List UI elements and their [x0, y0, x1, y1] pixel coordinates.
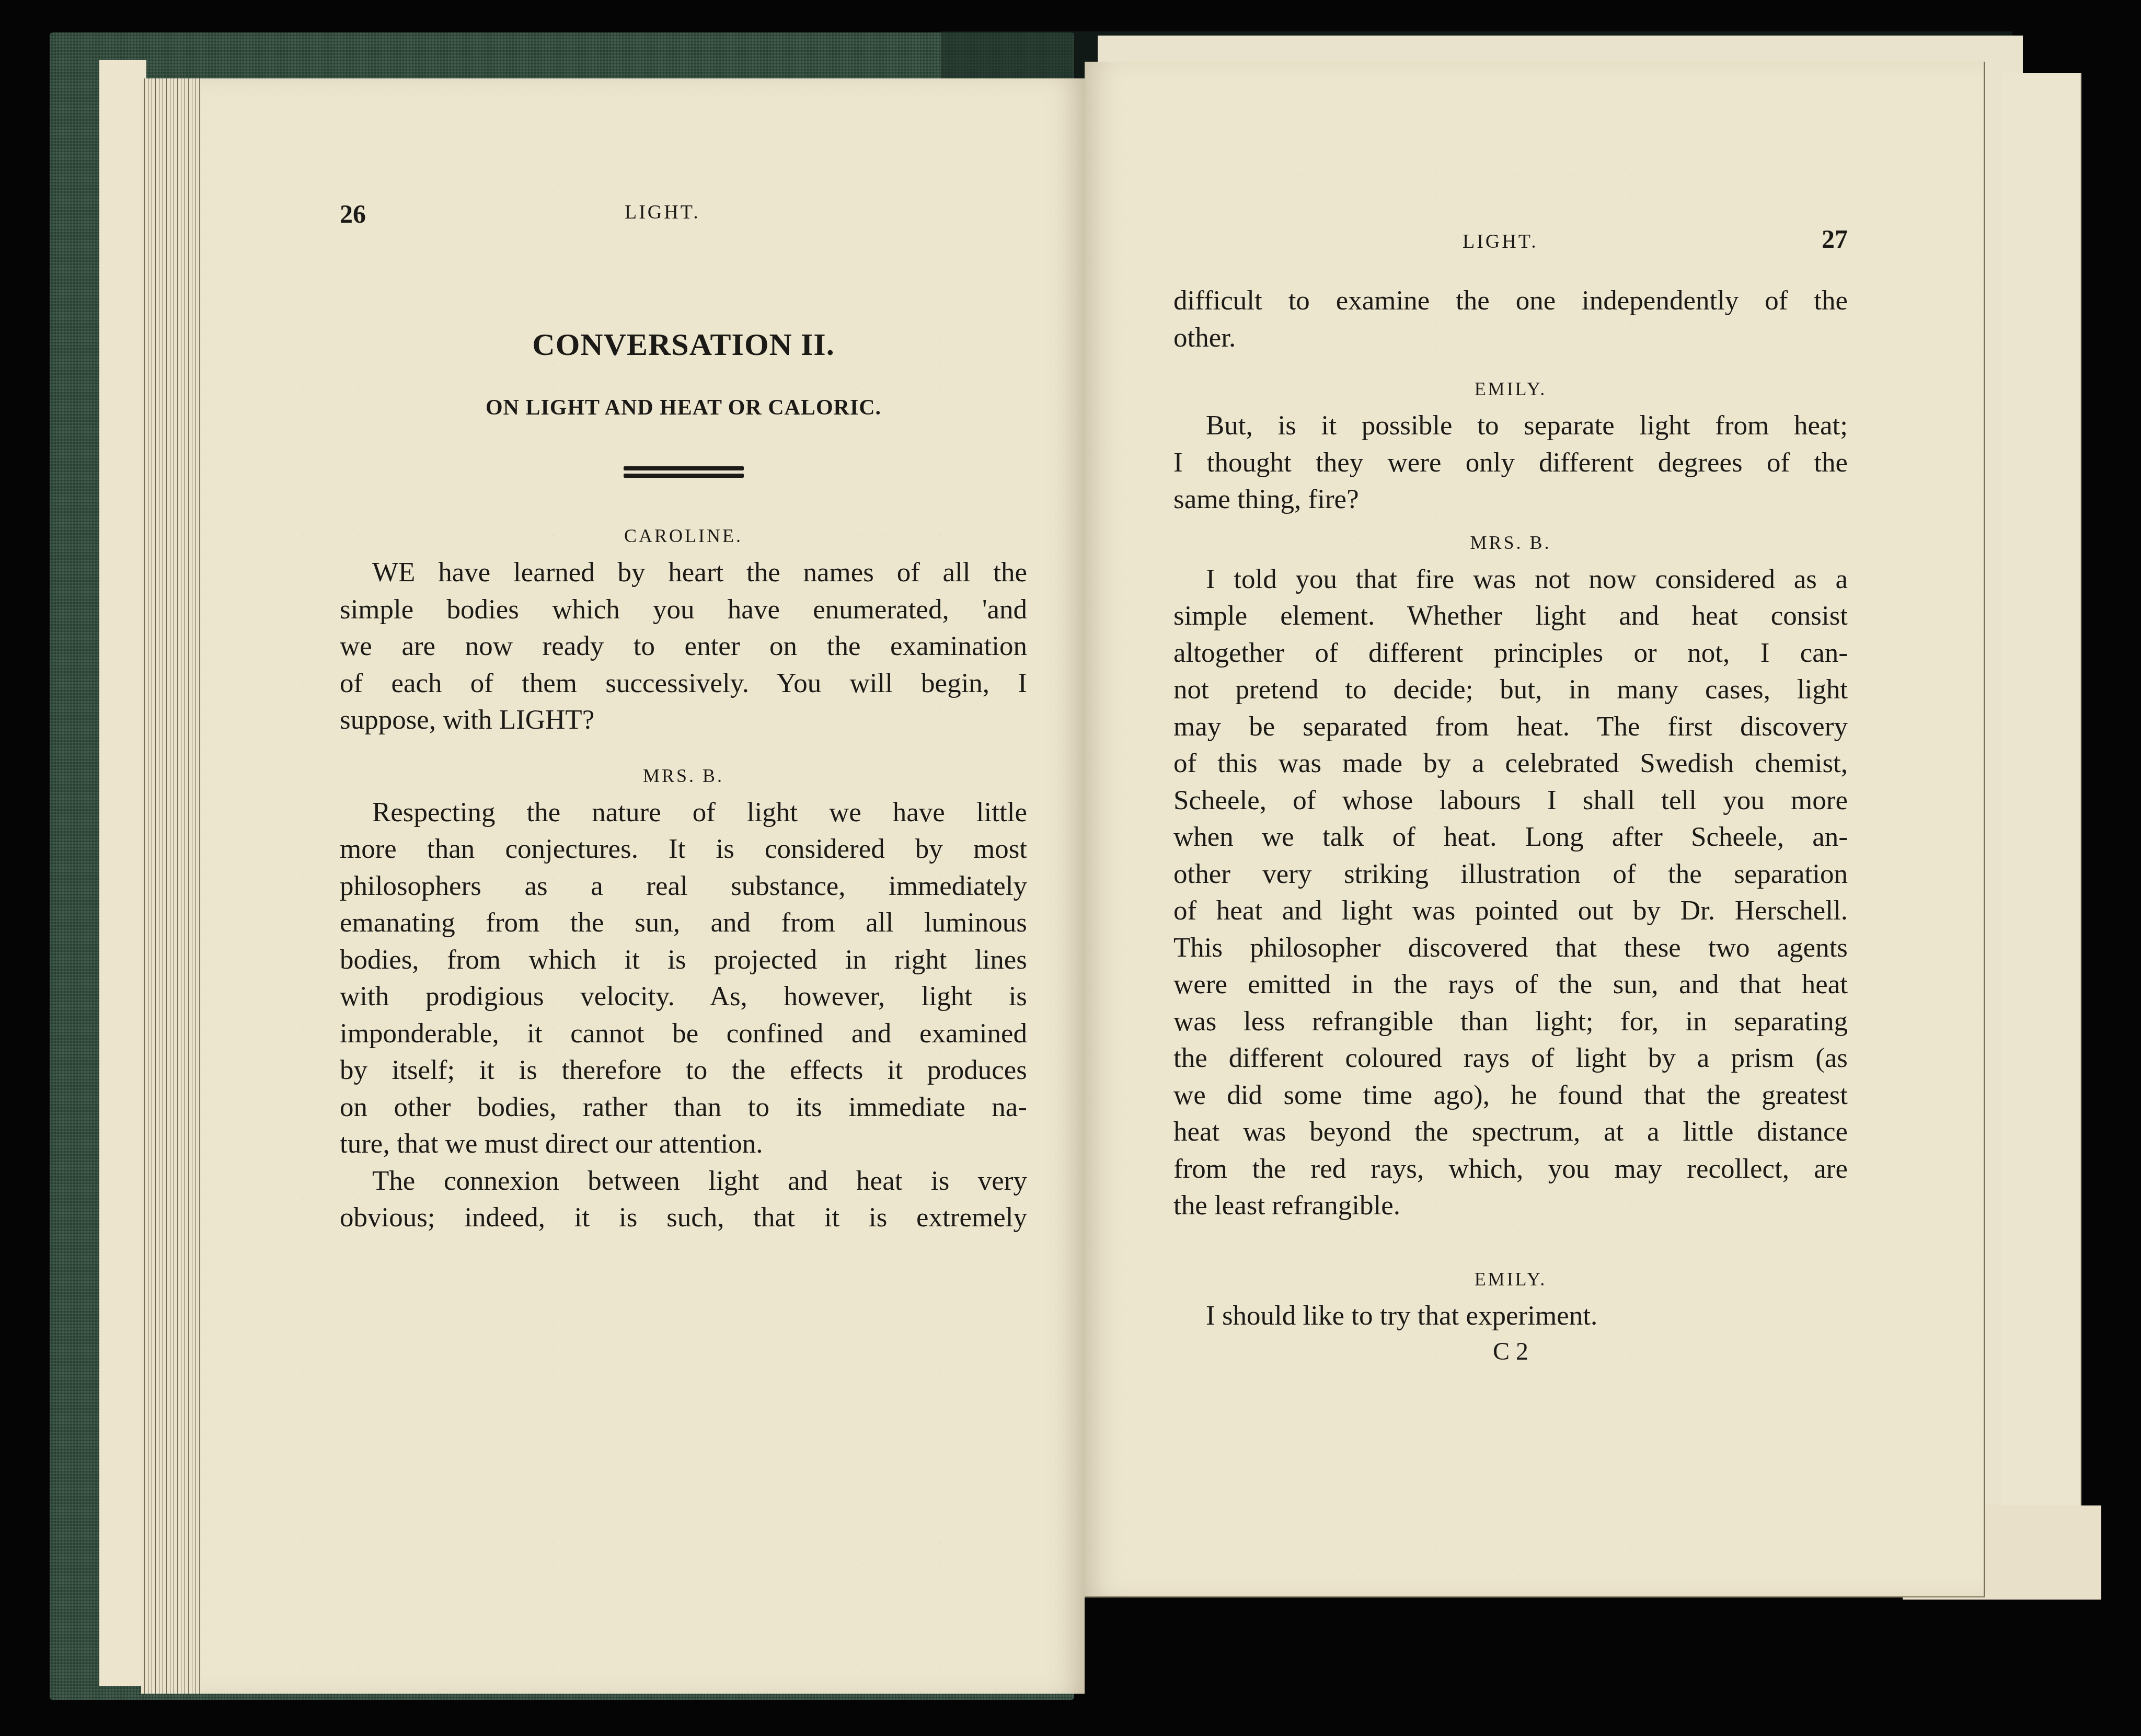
running-head-title: LIGHT. — [1463, 230, 1538, 253]
text-line: simple bodies which you have enumerated,… — [340, 591, 1027, 628]
text-line: were emitted in the rays of the sun, and… — [1173, 966, 1848, 1003]
text-line: heat was beyond the spectrum, at a littl… — [1173, 1113, 1848, 1151]
text-line: other. — [1173, 319, 1848, 357]
text-line: difficult to examine the one independent… — [1173, 282, 1848, 319]
text-line: The connexion between light and heat is … — [340, 1163, 1027, 1200]
text-line: WE have learned by heart the names of al… — [340, 554, 1027, 591]
chapter-subtitle: ON LIGHT AND HEAT OR CALORIC. — [340, 395, 1027, 420]
text-line: on other bodies, rather than to its imme… — [340, 1089, 1027, 1126]
dialogue-paragraph: Respecting the nature of light we have l… — [340, 794, 1027, 1236]
text-line: But, is it possible to separate light fr… — [1173, 407, 1848, 444]
page-number: 26 — [340, 199, 366, 229]
text-line: not pretend to decide; but, in many case… — [1173, 671, 1848, 708]
left-page-text: 26 LIGHT. CONVERSATION II. ON LIGHT AND … — [340, 199, 1027, 1236]
speaker-label: EMILY. — [1173, 371, 1848, 407]
text-line: I should like to try that experiment. — [1173, 1297, 1848, 1335]
dialogue-paragraph: But, is it possible to separate light fr… — [1173, 407, 1848, 518]
running-head: 26 LIGHT. — [340, 199, 1027, 240]
continued-paragraph: difficult to examine the one independent… — [1173, 282, 1848, 356]
right-page-text: LIGHT. 27 difficult to examine the one i… — [1173, 220, 1848, 1366]
text-line: more than conjectures. It is considered … — [340, 831, 1027, 868]
text-line: suppose, with LIGHT? — [340, 702, 1027, 739]
text-line: imponderable, it cannot be confined and … — [340, 1015, 1027, 1052]
text-line: was less refrangible than light; for, in… — [1173, 1003, 1848, 1040]
dialogue-paragraph: WE have learned by heart the names of al… — [340, 554, 1027, 739]
text-line: the least refrangible. — [1173, 1187, 1848, 1224]
text-line: when we talk of heat. Long after Scheele… — [1173, 819, 1848, 856]
speaker-label: MRS. B. — [1173, 524, 1848, 561]
flyleaf — [99, 60, 146, 1686]
page-leaf-edge — [2002, 73, 2081, 1584]
text-line: simple element. Whether light and heat c… — [1173, 597, 1848, 635]
text-line: This philosopher discovered that these t… — [1173, 929, 1848, 967]
ornamental-double-rule — [624, 466, 744, 478]
chapter-title: CONVERSATION II. — [340, 327, 1027, 363]
text-line: emanating from the sun, and from all lum… — [340, 904, 1027, 941]
speaker-label: CAROLINE. — [340, 518, 1027, 554]
text-line: of each of them successively. You will b… — [340, 665, 1027, 702]
text-line: ture, that we must direct our attention. — [340, 1125, 1027, 1163]
text-line: bodies, from which it is projected in ri… — [340, 941, 1027, 979]
text-line: we are now ready to enter on the examina… — [340, 628, 1027, 665]
text-line: I told you that fire was not now conside… — [1173, 561, 1848, 598]
text-line: altogether of different principles or no… — [1173, 635, 1848, 672]
text-line: same thing, fire? — [1173, 481, 1848, 518]
running-head: LIGHT. 27 — [1173, 220, 1848, 261]
text-line: Scheele, of whose labours I shall tell y… — [1173, 782, 1848, 819]
text-line: Respecting the nature of light we have l… — [340, 794, 1027, 831]
running-head-title: LIGHT. — [625, 201, 700, 224]
text-line: with prodigious velocity. As, however, l… — [340, 978, 1027, 1015]
speaker-label: MRS. B. — [340, 757, 1027, 794]
signature-mark: C 2 — [1173, 1337, 1848, 1366]
text-line: other very striking illustration of the … — [1173, 856, 1848, 893]
dialogue-paragraph: I told you that fire was not now conside… — [1173, 561, 1848, 1224]
text-line: of heat and light was pointed out by Dr.… — [1173, 892, 1848, 929]
page-edge-stack — [141, 78, 204, 1694]
text-line: obvious; indeed, it is such, that it is … — [340, 1199, 1027, 1236]
text-line: by itself; it is therefore to the effect… — [340, 1052, 1027, 1089]
text-line: from the red rays, which, you may recoll… — [1173, 1151, 1848, 1188]
text-line: philosophers as a real substance, immedi… — [340, 868, 1027, 905]
text-line: of this was made by a celebrated Swedish… — [1173, 745, 1848, 782]
speaker-label: EMILY. — [1173, 1261, 1848, 1297]
text-line: I thought they were only different degre… — [1173, 444, 1848, 481]
text-line: the different coloured rays of light by … — [1173, 1040, 1848, 1077]
dialogue-paragraph: I should like to try that experiment. — [1173, 1297, 1848, 1335]
page-number: 27 — [1822, 224, 1848, 254]
text-line: we did some time ago), he found that the… — [1173, 1077, 1848, 1114]
text-line: may be separated from heat. The first di… — [1173, 708, 1848, 745]
